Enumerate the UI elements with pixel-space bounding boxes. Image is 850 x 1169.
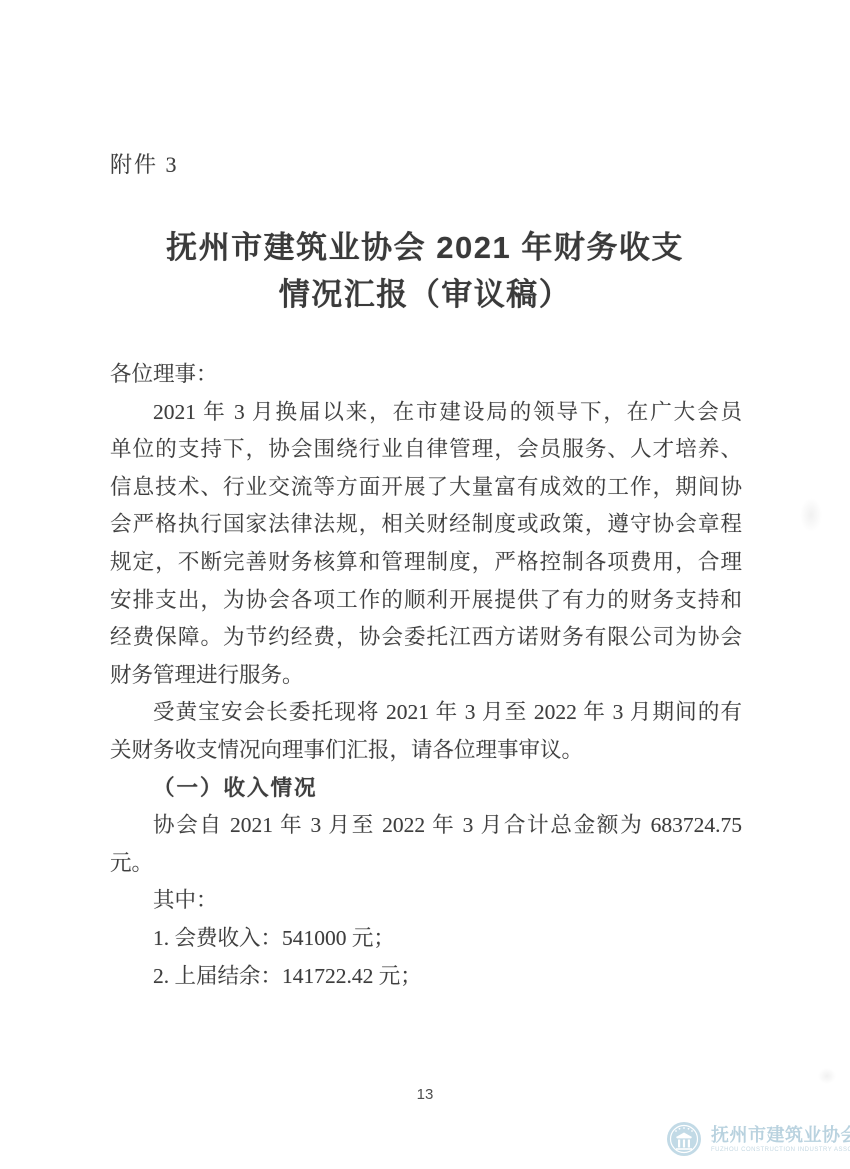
list-item: 2. 上届结余：141722.42 元；	[110, 958, 742, 996]
paragraph-line: 规定，不断完善财务核算和管理制度，严格控制各项费用，合理	[110, 544, 742, 582]
section-heading: （一）收入情况	[110, 770, 742, 808]
document-title-line2: 情况汇报（审议稿）	[0, 271, 850, 318]
paragraph-line: 安排支出，为协会各项工作的顺利开展提供了有力的财务支持和	[110, 582, 742, 620]
list-item: 1. 会费收入：541000 元；	[110, 920, 742, 958]
paragraph-line: 元。	[110, 845, 742, 883]
paragraph-line: 受黄宝安会长委托现将 2021 年 3 月至 2022 年 3 月期间的有	[110, 694, 742, 732]
salutation: 各位理事：	[110, 356, 742, 394]
association-watermark: 抚州市建筑业协会 FUZHOU CONSTRUCTION INDUSTRY AS…	[666, 1120, 850, 1163]
paragraph-line: 信息技术、行业交流等方面开展了大量富有成效的工作，期间协	[110, 469, 742, 507]
watermark-chinese-name: 抚州市建筑业协会	[711, 1124, 850, 1146]
scanned-document-page: 附件 3 抚州市建筑业协会 2021 年财务收支 情况汇报（审议稿） 各位理事：…	[0, 0, 850, 1169]
paragraph-line: 财务管理进行服务。	[110, 657, 742, 695]
document-title-line1: 抚州市建筑业协会 2021 年财务收支	[0, 224, 850, 271]
attachment-label: 附件 3	[110, 150, 179, 180]
watermark-text: 抚州市建筑业协会 FUZHOU CONSTRUCTION INDUSTRY AS…	[711, 1120, 850, 1154]
paragraph-line: 其中：	[110, 882, 742, 920]
paragraph-line: 协会自 2021 年 3 月至 2022 年 3 月合计总金额为 683724.…	[110, 807, 742, 845]
paragraph-line: 关财务收支情况向理事们汇报，请各位理事审议。	[110, 732, 742, 770]
paragraph-line: 经费保障。为节约经费，协会委托江西方诺财务有限公司为协会	[110, 619, 742, 657]
scan-artifact	[800, 498, 822, 532]
watermark-english-name: FUZHOU CONSTRUCTION INDUSTRY ASSOCIATION	[711, 1146, 850, 1154]
paragraph-line: 2021 年 3 月换届以来，在市建设局的领导下，在广大会员	[110, 394, 742, 432]
paragraph-line: 单位的支持下，协会围绕行业自律管理，会员服务、人才培养、	[110, 431, 742, 469]
document-title: 抚州市建筑业协会 2021 年财务收支 情况汇报（审议稿）	[0, 224, 850, 318]
scan-artifact	[818, 1068, 836, 1084]
page-number: 13	[0, 1086, 850, 1103]
document-body: 各位理事：2021 年 3 月换届以来，在市建设局的领导下，在广大会员单位的支持…	[110, 356, 742, 995]
association-logo-icon	[666, 1120, 702, 1163]
paragraph-line: 会严格执行国家法律法规，相关财经制度或政策，遵守协会章程	[110, 506, 742, 544]
